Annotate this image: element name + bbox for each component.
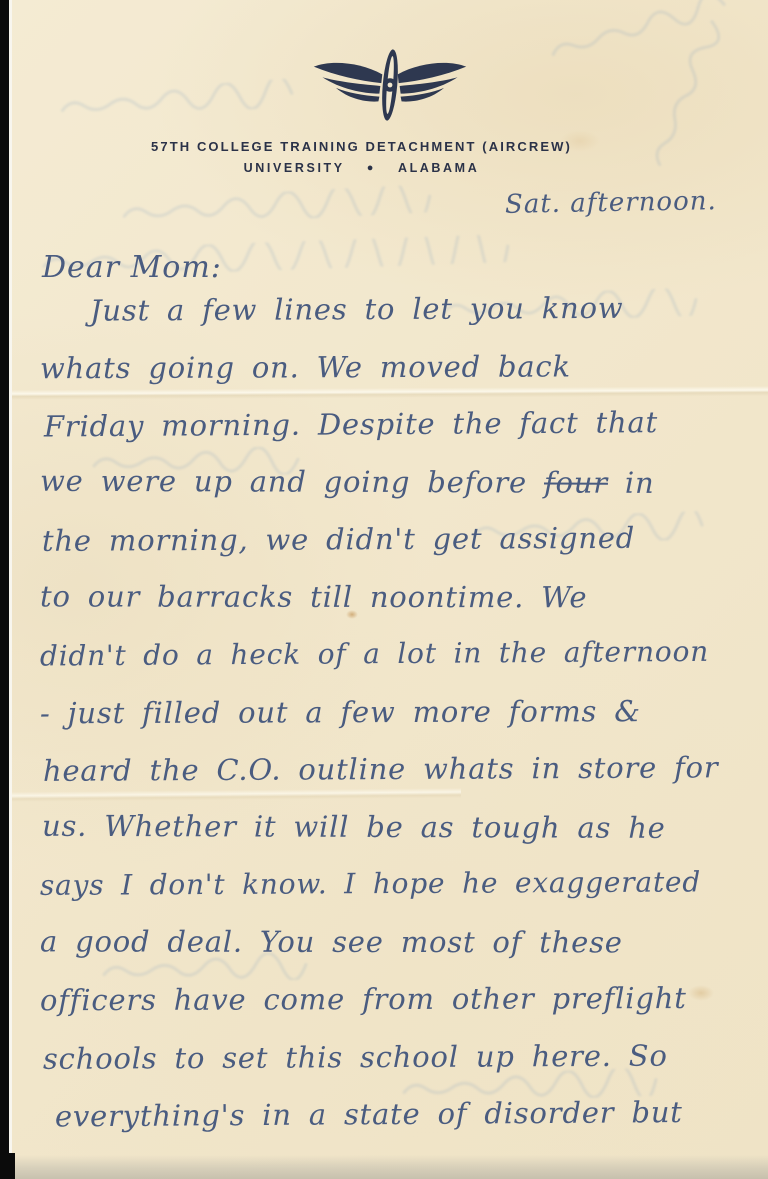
letterhead-location: UNIVERSITY●ALABAMA [0, 161, 723, 175]
ink-bleed-ghost [57, 77, 308, 122]
letterhead-state: ALABAMA [398, 161, 479, 175]
handwriting-line: - just filled out a few more forms & [40, 693, 760, 753]
handwriting-line: to our barracks till noontime. We [40, 579, 760, 638]
letter-body: Just a few lines to let you know whats g… [40, 292, 760, 1155]
handwriting-line: a good deal. You see most of these [40, 924, 760, 983]
handwriting-line: didn't do a heck of a lot in the afterno… [40, 634, 760, 697]
separator-dot: ● [367, 162, 376, 174]
handwriting-line: heard the C.O. outline whats in store fo… [40, 750, 760, 811]
handwriting-segment: in [608, 465, 655, 499]
handwriting-line: officers have come from other preflight [40, 981, 760, 1041]
scan-edge [0, 0, 9, 1179]
letter-salutation: Dear Mom: [42, 250, 222, 285]
scan-edge-highlight [9, 0, 12, 1179]
handwriting-line: everything's in a state of disorder but [40, 1094, 760, 1157]
handwriting-line: the morning, we didn't get assigned [40, 520, 760, 581]
handwriting-line: us. Whether it will be as tough as he [40, 808, 760, 868]
handwriting-line: says I don't know. I hope he exaggerated [40, 865, 760, 926]
scan-corner-notch [0, 1153, 15, 1179]
crossed-out-word: four [544, 465, 608, 499]
handwriting-line: Just a few lines to let you know [40, 290, 760, 351]
letter-page: 57TH COLLEGE TRAINING DETACHMENT (AIRCRE… [0, 0, 768, 1179]
letterhead-unit-name: 57TH COLLEGE TRAINING DETACHMENT (AIRCRE… [0, 139, 723, 154]
handwriting-line: Friday morning. Despite the fact that [40, 404, 760, 467]
ink-bleed-ghost [119, 184, 440, 229]
winged-propeller-icon [308, 46, 472, 124]
handwriting-line: whats going on. We moved back [40, 348, 760, 408]
letter-dateline: Sat. afternoon. [505, 186, 717, 220]
handwriting-line: schools to set this school up here. So [40, 1038, 760, 1099]
handwriting-segment: we were up and going before [40, 463, 544, 499]
letterhead-city: UNIVERSITY [244, 161, 345, 175]
handwriting-line: we were up and going before four in [40, 463, 760, 523]
bottom-fold-shadow [0, 1155, 768, 1179]
